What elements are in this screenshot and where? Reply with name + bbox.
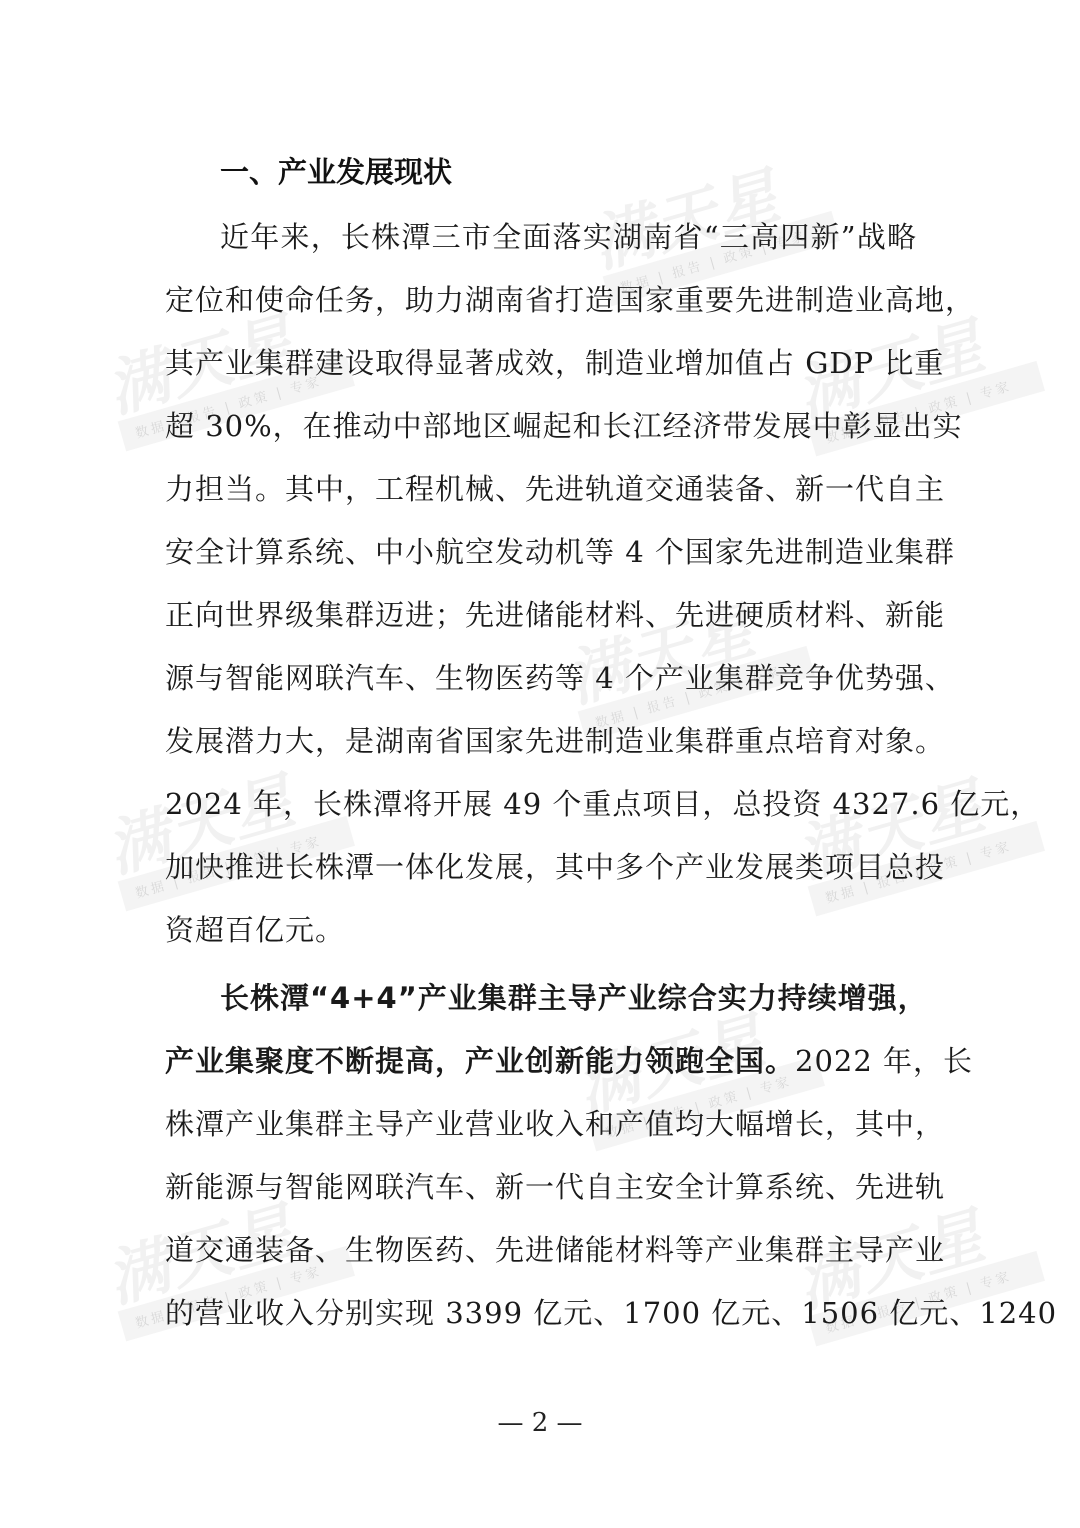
document-page: 满天星 数据 | 报告 | 政策 | 专家 满天星 数据 | 报告 | 政策 |… <box>0 0 1080 1528</box>
bold-lead-sentence: 长株潭“4+4”产业集群主导产业综合实力持续增强， <box>220 976 917 1020</box>
text-line: 新能源与智能网联汽车、新一代自主安全计算系统、先进轨 <box>165 1165 917 1209</box>
text-line: 其产业集群建设取得显著成效，制造业增加值占 GDP 比重 <box>165 341 917 385</box>
text-line: 超 30%，在推动中部地区崛起和长江经济带发展中彰显出实 <box>165 404 917 448</box>
text-line: 力担当。其中，工程机械、先进轨道交通装备、新一代自主 <box>165 467 917 511</box>
section-heading: 一、产业发展现状 <box>220 150 452 194</box>
text-line: 安全计算系统、中小航空发动机等 4 个国家先进制造业集群 <box>165 530 917 574</box>
text-line: 发展潜力大，是湖南省国家先进制造业集群重点培育对象。 <box>165 719 917 763</box>
text-line: 加快推进长株潭一体化发展，其中多个产业发展类项目总投 <box>165 845 917 889</box>
text-line: 资超百亿元。 <box>165 908 917 952</box>
text-line: 2024 年，长株潭将开展 49 个重点项目，总投资 4327.6 亿元， <box>165 782 917 826</box>
watermark-logo-text: 满天星 <box>585 149 832 278</box>
text-line: 道交通装备、生物医药、先进储能材料等产业集群主导产业 <box>165 1228 917 1272</box>
text-line: 近年来，长株潭三市全面落实湖南省“三高四新”战略 <box>220 215 917 259</box>
page-number: — 2 — <box>0 1405 1080 1441</box>
text-line: 株潭产业集群主导产业营业收入和产值均大幅增长，其中， <box>165 1102 917 1146</box>
text-line: 正向世界级集群迈进；先进储能材料、先进硬质材料、新能 <box>165 593 917 637</box>
text-span: 2022 年，长 <box>795 1044 973 1078</box>
bold-lead-sentence: 产业集聚度不断提高，产业创新能力领跑全国。 <box>165 1044 795 1078</box>
text-line: 源与智能网联汽车、生物医药等 4 个产业集群竞争优势强、 <box>165 656 917 700</box>
text-line: 定位和使命任务，助力湖南省打造国家重要先进制造业高地， <box>165 278 917 322</box>
text-line: 产业集聚度不断提高，产业创新能力领跑全国。2022 年，长 <box>165 1039 917 1083</box>
text-line: 的营业收入分别实现 3399 亿元、1700 亿元、1506 亿元、1240 <box>165 1291 917 1335</box>
